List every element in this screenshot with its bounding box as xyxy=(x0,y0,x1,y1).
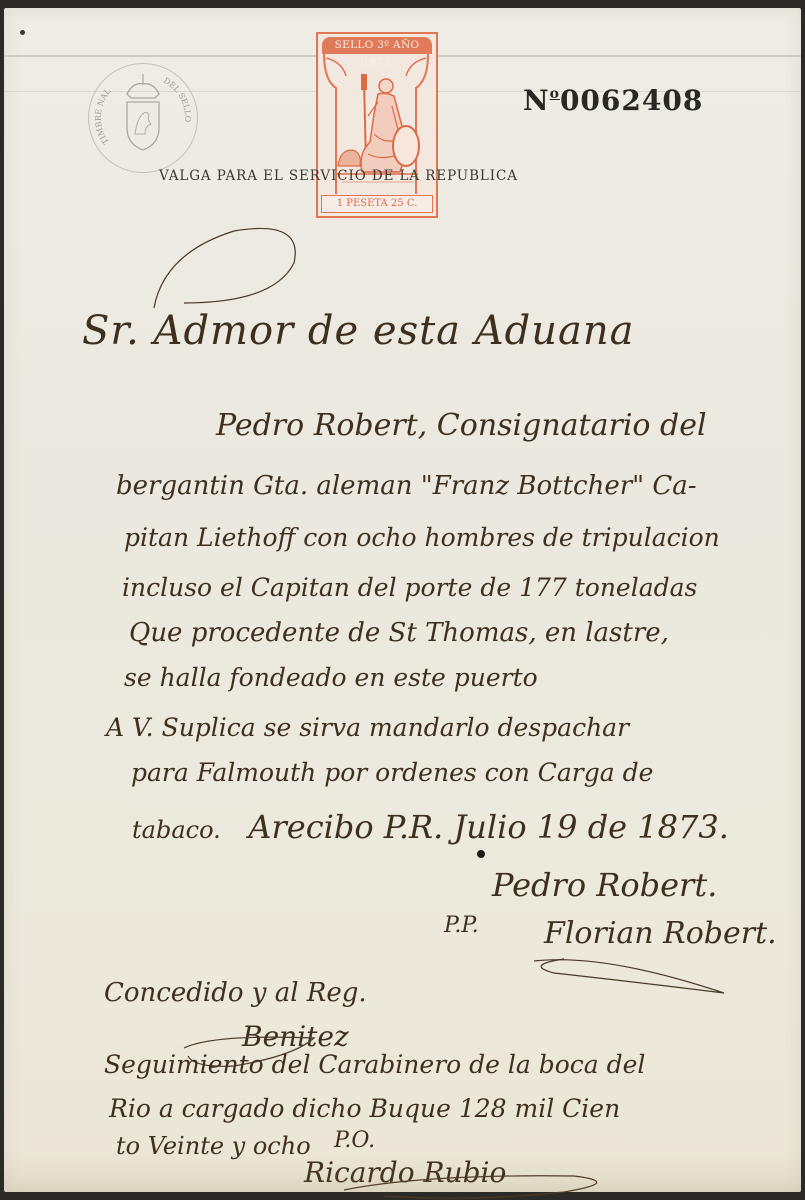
serial-prefix: No xyxy=(523,84,560,117)
serial-prefix-letter: N xyxy=(523,84,550,117)
serial-number: No0062408 xyxy=(523,84,703,117)
seal-right-text: DEL SELLO xyxy=(162,76,192,123)
notation-signature: Ricardo Rubio xyxy=(304,1156,506,1189)
body-line-8: para Falmouth por ordenes con Carga de xyxy=(131,758,653,787)
address-line: Sr. Admor de esta Aduana xyxy=(82,308,634,354)
signature-proxy: Florian Robert. xyxy=(544,916,777,951)
ink-speck xyxy=(20,30,25,35)
notation-line-3: to Veinte y ocho xyxy=(116,1132,311,1160)
body-line-3: pitan Liethoff con ocho hombres de tripu… xyxy=(124,523,720,552)
ink-blot xyxy=(477,850,485,858)
notation-line-2: Rio a cargado dicho Buque 128 mil Cien xyxy=(109,1094,620,1123)
svg-text:DEL SELLO: DEL SELLO xyxy=(162,76,192,123)
place-date-line: tabaco. Arecibo P.R. Julio 19 de 1873. xyxy=(132,808,729,846)
signature-flourish xyxy=(524,953,744,1003)
validity-heading: VALGA PARA EL SERVICIO DE LA REPUBLICA xyxy=(159,168,518,184)
embossed-seal: TIMBRE NAL DEL SELLO xyxy=(88,63,198,173)
document-sheet: TIMBRE NAL DEL SELLO SELLO 3º AÑO 1875 xyxy=(4,8,801,1192)
notation-pp-label: P.O. xyxy=(334,1128,375,1153)
stamp-top-text: SELLO 3º AÑO 1875 xyxy=(322,37,432,54)
closing-word: tabaco. xyxy=(132,816,221,844)
body-line-5: Que procedente de St Thomas, en lastre, xyxy=(129,618,669,648)
place-date: Arecibo P.R. Julio 19 de 1873. xyxy=(248,808,729,846)
notation-flourish xyxy=(324,1168,644,1200)
body-line-2: bergantin Gta. aleman "Franz Bottcher" C… xyxy=(116,471,697,501)
svg-text:TIMBRE NAL: TIMBRE NAL xyxy=(94,86,113,146)
signature-primary: Pedro Robert. xyxy=(492,866,717,904)
body-line-1: Pedro Robert, Consignatario del xyxy=(216,408,707,443)
crowned-shield-lion-icon: TIMBRE NAL DEL SELLO xyxy=(89,64,197,172)
pp-label: P.P. xyxy=(444,913,479,938)
body-line-6: se halla fondeado en este puerto xyxy=(124,663,538,692)
serial-prefix-sup: o xyxy=(550,86,560,102)
serial-value: 0062408 xyxy=(560,84,703,117)
body-line-4: incluso el Capitan del porte de 177 tone… xyxy=(122,573,697,602)
notation-line-1: Seguimiento del Carabinero de la boca de… xyxy=(104,1050,645,1079)
seal-left-text: TIMBRE NAL xyxy=(94,86,113,146)
stamp-value-text: 1 PESETA 25 C. xyxy=(321,195,433,213)
endorsement-line: Concedido y al Reg. xyxy=(104,978,367,1008)
body-line-7: A V. Suplica se sirva mandarlo despachar xyxy=(106,713,629,742)
revenue-stamp: SELLO 3º AÑO 1875 1 PESETA 25 C. xyxy=(316,32,438,218)
